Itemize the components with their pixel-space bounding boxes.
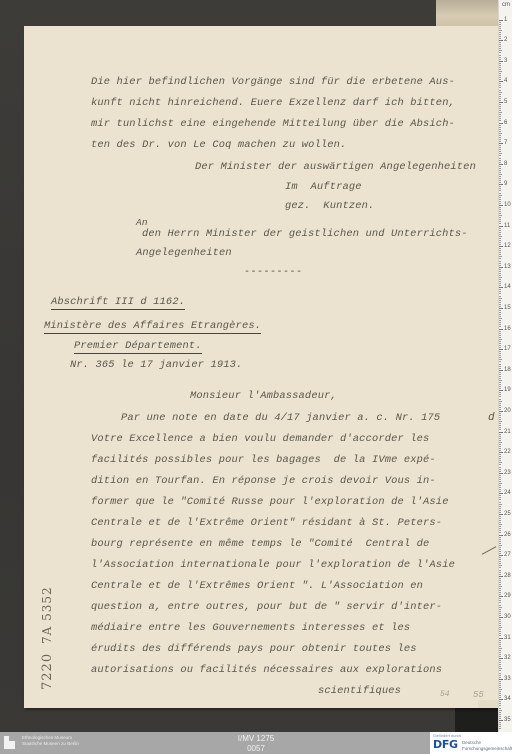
ruler-minor-tick — [499, 629, 501, 630]
ruler-minor-tick — [499, 151, 501, 152]
ruler-minor-tick — [499, 256, 502, 257]
ruler-minor-tick — [499, 716, 501, 717]
ruler-minor-tick — [499, 219, 501, 220]
ruler-minor-tick — [499, 549, 501, 550]
ruler-minor-tick — [499, 195, 502, 196]
ruler-minor-tick — [499, 265, 501, 266]
french-line-1: Par une note en date du 4/17 janvier a. … — [121, 412, 440, 424]
ruler-minor-tick — [499, 145, 501, 146]
ruler-minor-tick — [499, 252, 501, 253]
ruler-label: 25 — [504, 511, 511, 517]
ruler-minor-tick — [499, 724, 501, 725]
ruler-minor-tick — [499, 417, 501, 418]
ruler-minor-tick — [499, 578, 501, 579]
ruler-minor-tick — [499, 526, 501, 527]
signature-line-3: gez. Kuntzen. — [285, 200, 374, 212]
ruler-minor-tick — [499, 209, 501, 210]
ruler-label: 11 — [504, 223, 510, 229]
ruler-label: 4 — [504, 78, 507, 84]
ruler-minor-tick — [499, 419, 501, 420]
ruler-minor-tick — [499, 607, 502, 608]
ruler-minor-tick — [499, 277, 502, 278]
ruler-minor-tick — [499, 530, 501, 531]
ruler-minor-tick — [499, 26, 501, 27]
ruler-minor-tick — [499, 147, 501, 148]
ruler-minor-tick — [499, 415, 501, 416]
ruler-minor-tick — [499, 662, 501, 663]
signature-line-2: Im Auftrage — [285, 181, 362, 193]
ruler-minor-tick — [499, 162, 501, 163]
ruler-major-tick — [499, 329, 503, 330]
ruler-minor-tick — [499, 689, 502, 690]
ruler-minor-tick — [499, 553, 501, 554]
cm-ruler: cm 1234567891011121314151617181920212223… — [498, 0, 512, 732]
ruler-minor-tick — [499, 640, 501, 641]
ruler-minor-tick — [499, 572, 501, 573]
ruler-label: 27 — [504, 552, 511, 558]
handwritten-number: 7220 — [40, 653, 55, 690]
ruler-minor-tick — [499, 281, 501, 282]
ruler-minor-tick — [499, 129, 501, 130]
ruler-minor-tick — [499, 341, 501, 342]
ruler-minor-tick — [499, 701, 501, 702]
ruler-minor-tick — [499, 83, 501, 84]
ruler-minor-tick — [499, 211, 501, 212]
ruler-minor-tick — [499, 673, 501, 674]
ruler-minor-tick — [499, 236, 502, 237]
ruler-minor-tick — [499, 170, 501, 171]
ruler-minor-tick — [499, 524, 502, 525]
ruler-minor-tick — [499, 137, 501, 138]
ruler-major-tick — [499, 349, 503, 350]
ruler-minor-tick — [499, 648, 502, 649]
ruler-minor-tick — [499, 193, 501, 194]
ruler-minor-tick — [499, 135, 501, 136]
ruler-minor-tick — [499, 625, 501, 626]
ruler-minor-tick — [499, 479, 501, 480]
ruler-minor-tick — [499, 254, 501, 255]
ruler-minor-tick — [499, 687, 501, 688]
ruler-major-tick — [499, 370, 503, 371]
museum-logo-icon — [4, 736, 15, 749]
ruler-minor-tick — [499, 623, 501, 624]
object-id: I/MV 1275 — [236, 734, 276, 744]
ruler-minor-tick — [499, 114, 501, 115]
ruler-minor-tick — [499, 160, 501, 161]
ruler-major-tick — [499, 720, 503, 721]
ruler-minor-tick — [499, 708, 501, 709]
dfg-logo-icon: DFG — [433, 739, 458, 751]
ruler-minor-tick — [499, 446, 501, 447]
ruler-minor-tick — [499, 396, 501, 397]
ruler-minor-tick — [499, 232, 501, 233]
ruler-label: 2 — [504, 37, 507, 43]
ruler-minor-tick — [499, 664, 501, 665]
ruler-major-tick — [499, 452, 503, 453]
ruler-minor-tick — [499, 510, 501, 511]
ruler-major-tick — [499, 123, 503, 124]
ruler-minor-tick — [499, 188, 501, 189]
ruler-minor-tick — [499, 421, 502, 422]
ruler-minor-tick — [499, 429, 501, 430]
ruler-minor-tick — [499, 401, 502, 402]
ruler-minor-tick — [499, 44, 501, 45]
ruler-minor-tick — [499, 582, 501, 583]
ruler-minor-tick — [499, 139, 501, 140]
ruler-minor-tick — [499, 427, 501, 428]
ruler-minor-tick — [499, 563, 501, 564]
ruler-major-tick — [499, 390, 503, 391]
ruler-major-tick — [499, 205, 503, 206]
ruler-minor-tick — [499, 24, 501, 25]
ruler-minor-tick — [499, 722, 501, 723]
ruler-minor-tick — [499, 405, 501, 406]
ruler-minor-tick — [499, 409, 501, 410]
funder-name: Deutsche Forschungsgemeinschaft — [462, 740, 512, 751]
ruler-minor-tick — [499, 306, 501, 307]
ruler-major-tick — [499, 596, 503, 597]
ruler-minor-tick — [499, 703, 501, 704]
ruler-minor-tick — [499, 615, 501, 616]
ruler-minor-tick — [499, 34, 501, 35]
ruler-minor-tick — [499, 57, 501, 58]
ruler-minor-tick — [499, 635, 501, 636]
french-line-2: Votre Excellence a bien voulu demander d… — [91, 433, 429, 445]
ruler-minor-tick — [499, 399, 501, 400]
ruler-minor-tick — [499, 670, 501, 671]
document-page: Die hier befindlichen Vorgänge sind für … — [24, 26, 498, 708]
ruler-minor-tick — [499, 654, 501, 655]
ruler-minor-tick — [499, 677, 501, 678]
ruler-minor-tick — [499, 316, 501, 317]
ruler-minor-tick — [499, 131, 501, 132]
german-line-2: kunft nicht hinreichend. Euere Exzellenz… — [91, 97, 455, 109]
ruler-unit: cm — [502, 2, 510, 8]
ruler-minor-tick — [499, 528, 501, 529]
ruler-minor-tick — [499, 199, 501, 200]
ruler-minor-tick — [499, 695, 501, 696]
ruler-minor-tick — [499, 96, 501, 97]
ruler-minor-tick — [499, 394, 501, 395]
ruler-minor-tick — [499, 207, 501, 208]
ruler-minor-tick — [499, 178, 501, 179]
ruler-minor-tick — [499, 481, 501, 482]
ruler-minor-tick — [499, 646, 501, 647]
ruler-label: 33 — [504, 676, 511, 682]
ruler-minor-tick — [499, 310, 501, 311]
ruler-minor-tick — [499, 55, 501, 56]
ruler-minor-tick — [499, 291, 501, 292]
ruler-minor-tick — [499, 644, 501, 645]
ruler-minor-tick — [499, 483, 502, 484]
ruler-minor-tick — [499, 293, 501, 294]
ruler-minor-tick — [499, 436, 501, 437]
german-line-3: mir tunlichst eine eingehende Mitteilung… — [91, 118, 455, 130]
ruler-minor-tick — [499, 403, 501, 404]
ruler-minor-tick — [499, 440, 501, 441]
ruler-major-tick — [499, 102, 503, 103]
ruler-minor-tick — [499, 263, 501, 264]
ruler-major-tick — [499, 81, 503, 82]
ruler-minor-tick — [499, 326, 501, 327]
ruler-minor-tick — [499, 374, 501, 375]
ruler-minor-tick — [499, 353, 501, 354]
ruler-minor-tick — [499, 448, 501, 449]
ruler-minor-tick — [499, 508, 501, 509]
ruler-minor-tick — [499, 580, 501, 581]
french-line-6: Centrale et de l'Extrême Orient" résidan… — [91, 517, 442, 529]
institution-name: Ethnologisches Museum Staatliche Museen … — [22, 735, 79, 747]
ruler-minor-tick — [499, 100, 501, 101]
ruler-minor-tick — [499, 541, 501, 542]
ruler-minor-tick — [499, 594, 501, 595]
object-identifier: I/MV 1275 0057 — [236, 734, 276, 753]
ruler-minor-tick — [499, 705, 501, 706]
ruler-major-tick — [499, 40, 503, 41]
ruler-minor-tick — [499, 166, 501, 167]
ruler-minor-tick — [499, 444, 501, 445]
ruler-minor-tick — [499, 442, 502, 443]
french-line-10: question a, entre outres, pour but de " … — [91, 601, 442, 613]
ruler-minor-tick — [499, 621, 501, 622]
ruler-minor-tick — [499, 30, 502, 31]
ruler-minor-tick — [499, 407, 501, 408]
ruler-minor-tick — [499, 176, 501, 177]
ruler-minor-tick — [499, 213, 501, 214]
french-line-9: Centrale et de l'Extrêmes Orient ". L'As… — [91, 580, 423, 592]
ruler-label: 18 — [504, 367, 511, 373]
archive-footer: Ethnologisches Museum Staatliche Museen … — [0, 732, 512, 754]
ruler-minor-tick — [499, 85, 501, 86]
ruler-label: 34 — [504, 696, 511, 702]
ruler-minor-tick — [499, 460, 501, 461]
ruler-minor-tick — [499, 285, 501, 286]
ruler-minor-tick — [499, 590, 501, 591]
ruler-minor-tick — [499, 318, 502, 319]
ruler-minor-tick — [499, 127, 501, 128]
ruler-minor-tick — [499, 343, 501, 344]
ruler-minor-tick — [499, 357, 501, 358]
ruler-minor-tick — [499, 50, 502, 51]
ruler-label: 6 — [504, 120, 507, 126]
ruler-minor-tick — [499, 516, 501, 517]
ruler-minor-tick — [499, 228, 501, 229]
ruler-minor-tick — [499, 118, 501, 119]
ruler-label: 22 — [504, 449, 511, 455]
ruler-minor-tick — [499, 718, 501, 719]
ruler-minor-tick — [499, 261, 501, 262]
ruler-minor-tick — [499, 361, 501, 362]
ruler-minor-tick — [499, 155, 501, 156]
ruler-minor-tick — [499, 324, 501, 325]
ruler-minor-tick — [499, 94, 501, 95]
ruler-major-tick — [499, 617, 503, 618]
ruler-minor-tick — [499, 77, 501, 78]
ruler-minor-tick — [499, 425, 501, 426]
ruler-minor-tick — [499, 98, 501, 99]
ruler-major-tick — [499, 20, 503, 21]
french-line-12: érudits des différends pays pour obtenir… — [91, 643, 417, 655]
ruler-minor-tick — [499, 258, 501, 259]
ruler-major-tick — [499, 658, 503, 659]
ruler-minor-tick — [499, 125, 501, 126]
ruler-minor-tick — [499, 172, 501, 173]
ruler-minor-tick — [499, 592, 501, 593]
ruler-minor-tick — [499, 59, 501, 60]
ruler-minor-tick — [499, 174, 502, 175]
ruler-minor-tick — [499, 67, 501, 68]
ruler-minor-tick — [499, 458, 501, 459]
continuation-word: scientifiques — [318, 685, 401, 697]
ruler-label: 8 — [504, 161, 507, 167]
ruler-minor-tick — [499, 238, 501, 239]
ruler-minor-tick — [499, 240, 501, 241]
ruler-minor-tick — [499, 518, 501, 519]
ruler-major-tick — [499, 679, 503, 680]
funder-name-line-2: Forschungsgemeinschaft — [462, 746, 512, 752]
ruler-minor-tick — [499, 300, 501, 301]
french-line-3: facilités possibles pour les bagages de … — [91, 454, 436, 466]
ruler-minor-tick — [499, 726, 501, 727]
ruler-minor-tick — [499, 502, 501, 503]
ruler-minor-tick — [499, 73, 501, 74]
ruler-minor-tick — [499, 567, 501, 568]
ruler-minor-tick — [499, 364, 501, 365]
ruler-label: 14 — [504, 284, 511, 290]
ruler-minor-tick — [499, 388, 501, 389]
ruler-minor-tick — [499, 386, 501, 387]
pencil-page-number-1: 54 — [440, 690, 450, 699]
addressee-prefix: An — [136, 217, 148, 228]
ruler-minor-tick — [499, 650, 501, 651]
french-line-7: bourg représente en même temps le "Comit… — [91, 538, 429, 550]
ruler-minor-tick — [499, 627, 502, 628]
ruler-minor-tick — [499, 320, 501, 321]
ruler-minor-tick — [499, 149, 501, 150]
ruler-minor-tick — [499, 450, 501, 451]
ruler-label: 13 — [504, 264, 511, 270]
ruler-minor-tick — [499, 609, 501, 610]
pencil-page-number-2: 55 — [473, 690, 484, 700]
ruler-label: 5 — [504, 99, 507, 105]
ruler-minor-tick — [499, 586, 502, 587]
ruler-minor-tick — [499, 485, 501, 486]
ruler-minor-tick — [499, 378, 501, 379]
ruler-minor-tick — [499, 359, 502, 360]
ruler-minor-tick — [499, 475, 501, 476]
ruler-major-tick — [499, 699, 503, 700]
ruler-minor-tick — [499, 197, 501, 198]
ruler-minor-tick — [499, 710, 502, 711]
ruler-minor-tick — [499, 613, 501, 614]
signature-line-1: Der Minister der auswärtigen Angelegenhe… — [195, 161, 476, 173]
ruler-minor-tick — [499, 691, 501, 692]
ruler-major-tick — [499, 514, 503, 515]
ruler-minor-tick — [499, 656, 501, 657]
ruler-minor-tick — [499, 110, 501, 111]
ruler-minor-tick — [499, 660, 501, 661]
ruler-label: 16 — [504, 326, 511, 332]
ruler-minor-tick — [499, 296, 501, 297]
department-header: Premier Département. — [74, 340, 202, 354]
ruler-minor-tick — [499, 413, 501, 414]
ruler-label: 29 — [504, 593, 511, 599]
ruler-minor-tick — [499, 92, 502, 93]
ruler-minor-tick — [499, 487, 501, 488]
ruler-minor-tick — [499, 685, 501, 686]
ruler-minor-tick — [499, 180, 501, 181]
ruler-minor-tick — [499, 48, 501, 49]
ruler-major-tick — [499, 267, 503, 268]
ruler-minor-tick — [499, 600, 501, 601]
ruler-minor-tick — [499, 337, 501, 338]
ruler-minor-tick — [499, 605, 501, 606]
ruler-minor-tick — [499, 355, 501, 356]
ruler-minor-tick — [499, 52, 501, 53]
handwritten-inventory-number: 7A 5352 — [40, 586, 54, 644]
ruler-minor-tick — [499, 201, 501, 202]
ruler-minor-tick — [499, 333, 501, 334]
salutation: Monsieur l'Ambassadeur, — [190, 390, 337, 402]
ruler-minor-tick — [499, 234, 501, 235]
ruler-minor-tick — [499, 522, 501, 523]
ruler-minor-tick — [499, 335, 501, 336]
ruler-major-tick — [499, 411, 503, 412]
ruler-minor-tick — [499, 87, 501, 88]
ruler-minor-tick — [499, 38, 501, 39]
addressee-line-1: den Herrn Minister der geistlichen und U… — [142, 228, 468, 240]
addressee-line-2: Angelegenheiten — [136, 247, 232, 259]
ruler-minor-tick — [499, 79, 501, 80]
ruler-minor-tick — [499, 347, 501, 348]
ruler-minor-tick — [499, 223, 501, 224]
french-line-13: autorisations ou facilités nécessaires a… — [91, 664, 442, 676]
ruler-minor-tick — [499, 153, 502, 154]
ruler-minor-tick — [499, 423, 501, 424]
ruler-label: 28 — [504, 573, 511, 579]
french-line-11: médiaire entre les Gouvernements interes… — [91, 622, 410, 634]
ruler-minor-tick — [499, 69, 501, 70]
ruler-minor-tick — [499, 561, 501, 562]
ruler-minor-tick — [499, 186, 501, 187]
ruler-minor-tick — [499, 221, 501, 222]
ruler-minor-tick — [499, 504, 502, 505]
ruler-minor-tick — [499, 584, 501, 585]
ruler-minor-tick — [499, 712, 501, 713]
ruler-minor-tick — [499, 469, 501, 470]
german-line-4: ten des Dr. von Le Coq machen zu wollen. — [91, 139, 346, 151]
ruler-minor-tick — [499, 489, 501, 490]
ruler-minor-tick — [499, 382, 501, 383]
ministry-header: Ministère des Affaires Etrangères. — [44, 320, 261, 334]
ruler-minor-tick — [499, 65, 501, 66]
ruler-minor-tick — [499, 230, 501, 231]
ruler-minor-tick — [499, 598, 501, 599]
ruler-minor-tick — [499, 331, 501, 332]
ruler-minor-tick — [499, 545, 502, 546]
ruler-minor-tick — [499, 215, 502, 216]
ruler-minor-tick — [499, 368, 501, 369]
ruler-major-tick — [499, 535, 503, 536]
german-line-1: Die hier befindlichen Vorgänge sind für … — [91, 76, 455, 88]
ruler-minor-tick — [499, 104, 501, 105]
ruler-minor-tick — [499, 217, 501, 218]
ruler-minor-tick — [499, 652, 501, 653]
ruler-minor-tick — [499, 312, 501, 313]
ruler-major-tick — [499, 638, 503, 639]
ruler-minor-tick — [499, 120, 501, 121]
ruler-minor-tick — [499, 248, 501, 249]
